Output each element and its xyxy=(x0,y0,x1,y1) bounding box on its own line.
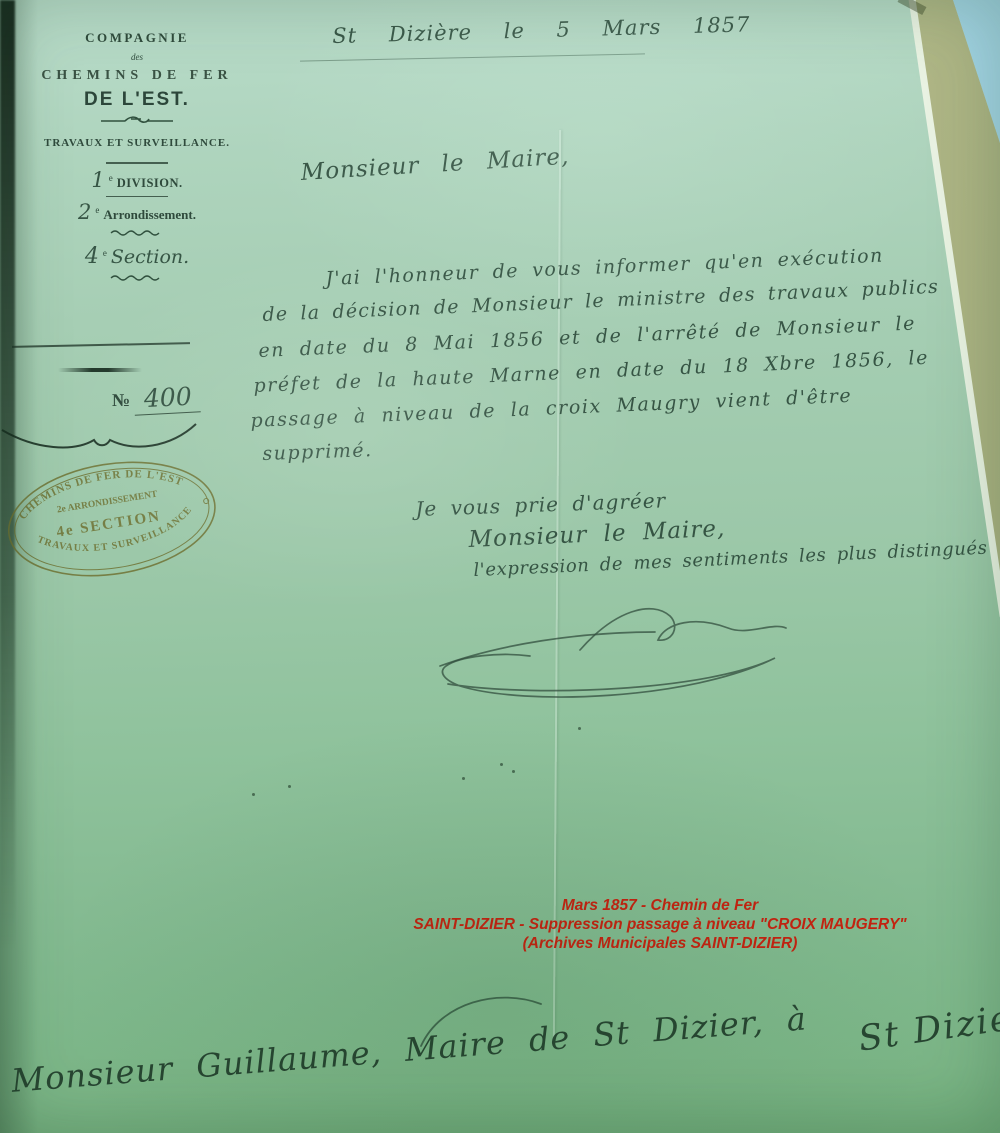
section-number: 4 xyxy=(85,244,99,269)
arrondissement-ordinal: e xyxy=(95,205,99,215)
division-ordinal: e xyxy=(109,173,113,183)
ink-speck xyxy=(252,793,255,796)
ink-speck xyxy=(500,763,503,766)
doc-number-value: 400 xyxy=(133,381,200,415)
dateline: St Dizière le 5 Mars 1857 xyxy=(332,12,751,48)
caption-line-3: (Archives Municipales SAINT-DIZIER) xyxy=(300,934,1000,953)
closing-line-2: Monsieur le Maire, xyxy=(468,516,726,553)
body-line-6: supprimé. xyxy=(262,439,373,465)
letterhead-rule-1 xyxy=(106,162,168,164)
section-ordinal: e xyxy=(103,248,107,258)
division-number: 1 xyxy=(91,168,104,192)
closing-line-1: Je vous prie d'agréer xyxy=(415,488,667,521)
caption-line-2: SAINT-DIZIER - Suppression passage à niv… xyxy=(300,915,1000,934)
letterhead-arrondissement: 2 e Arrondissement. xyxy=(30,200,244,224)
ink-speck xyxy=(578,727,581,730)
archive-caption: Mars 1857 - Chemin de Fer SAINT-DIZIER -… xyxy=(300,896,1000,953)
margin-separator-line xyxy=(12,342,190,347)
letterhead-chemins: CHEMINS DE FER xyxy=(30,68,244,84)
svg-text:CHEMINS DE FER DE L'EST: CHEMINS DE FER DE L'EST xyxy=(12,458,188,523)
letterhead-company: COMPAGNIE xyxy=(30,30,244,46)
letterhead-section: 4 e Section. xyxy=(30,244,244,269)
letterhead-de-lest: DE L'EST. xyxy=(30,89,244,111)
arrondissement-number: 2 xyxy=(78,200,91,224)
letterhead-wavy-1 xyxy=(109,229,165,237)
letterhead: COMPAGNIE des CHEMINS DE FER DE L'EST. T… xyxy=(30,30,244,287)
ink-speck xyxy=(462,777,465,780)
doc-number: № 400 xyxy=(112,383,200,414)
salutation: Monsieur le Maire, xyxy=(300,144,570,186)
division-label: DIVISION. xyxy=(117,176,183,190)
letterhead-wavy-2 xyxy=(109,274,165,282)
document-photo: COMPAGNIE des CHEMINS DE FER DE L'EST. T… xyxy=(0,0,1000,1133)
caption-line-1: Mars 1857 - Chemin de Fer xyxy=(300,896,1000,915)
section-label: Section. xyxy=(111,246,189,268)
letterhead-division: 1 e DIVISION. xyxy=(30,168,244,192)
ink-speck xyxy=(288,785,291,788)
address-destination: St Dizier xyxy=(856,996,1000,1060)
ink-speck xyxy=(512,770,515,773)
dateline-underline xyxy=(300,53,645,61)
margin-ornament xyxy=(58,368,142,372)
letterhead-rule-2 xyxy=(106,196,168,198)
letterhead-flourish xyxy=(97,114,177,126)
arrondissement-label: Arrondissement. xyxy=(103,207,196,222)
address-main: Monsieur Guillaume, Maire de St Dizier, … xyxy=(10,999,808,1099)
doc-number-label: № xyxy=(112,390,130,410)
signature-flourish xyxy=(430,588,830,698)
letterhead-des: des xyxy=(30,52,244,62)
letterhead-department: TRAVAUX ET SURVEILLANCE. xyxy=(30,137,244,149)
